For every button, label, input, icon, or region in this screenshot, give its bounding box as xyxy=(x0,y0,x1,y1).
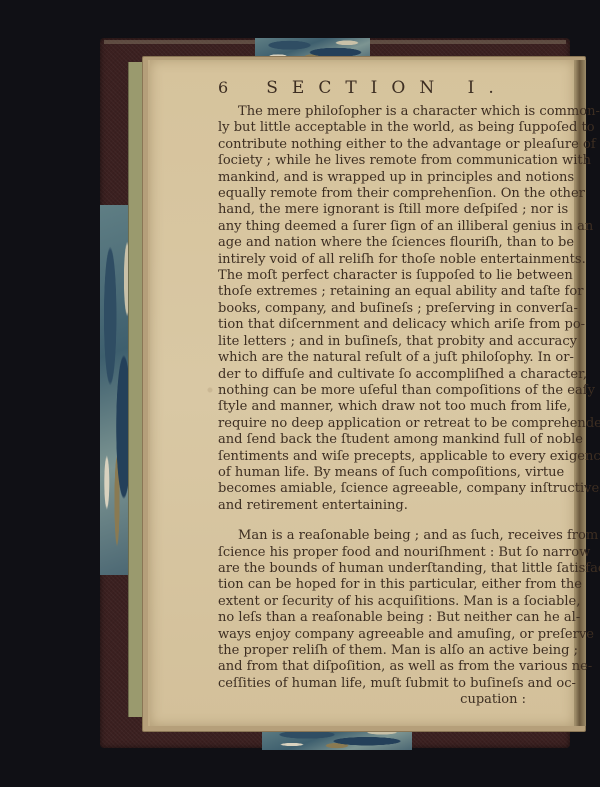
text-line: mankind, and is wrapped up in principles… xyxy=(218,170,526,186)
section-title: SECTION I. xyxy=(258,78,526,98)
page-text-block: 6 SECTION I. The mere philoſopher is a c… xyxy=(218,78,526,709)
text-line: ly but little acceptable in the world, a… xyxy=(218,120,526,136)
text-line: The moſt perfect character is ſuppoſed t… xyxy=(218,268,526,284)
text-line: the proper reliſh of them. Man is alſo a… xyxy=(218,643,526,659)
paragraph-2: Man is a reaſonable being ; and as ſuch,… xyxy=(218,528,526,692)
text-line: ways enjoy company agreeable and amuſing… xyxy=(218,627,526,643)
text-line: ceſſities of human life, muſt ſubmit to … xyxy=(218,676,526,692)
text-line: extent or ſecurity of his acquiſitions. … xyxy=(218,594,526,610)
text-line: and ſend back the ſtudent among mankind … xyxy=(218,432,526,448)
text-line: any thing deemed a ſurer ſign of an illi… xyxy=(218,219,526,235)
text-line: require no deep application or retreat t… xyxy=(218,416,526,432)
paragraph-gap xyxy=(218,514,526,528)
text-line: which are the natural reſult of a juſt p… xyxy=(218,350,526,366)
text-line: age and nation where the ſciences flouri… xyxy=(218,235,526,251)
text-line: ſtyle and manner, which draw not too muc… xyxy=(218,399,526,415)
catchword: cupation : xyxy=(218,692,526,708)
text-line: becomes amiable, ſcience agreeable, comp… xyxy=(218,481,526,497)
text-line: ſcience his proper food and nouriſhment … xyxy=(218,545,526,561)
text-line: of human life. By means of ſuch compoſit… xyxy=(218,465,526,481)
text-line: are the bounds of human underſtanding, t… xyxy=(218,561,526,577)
page-number: 6 xyxy=(218,78,258,97)
text-line: The mere philoſopher is a character whic… xyxy=(218,104,526,120)
text-line: hand, the mere ignorant is ſtill more de… xyxy=(218,202,526,218)
text-line: books, company, and buſineſs ; preſervin… xyxy=(218,301,526,317)
text-line: der to diffuſe and cultivate ſo accompli… xyxy=(218,367,526,383)
text-line: no leſs than a reaſonable being : But ne… xyxy=(218,610,526,626)
running-head: 6 SECTION I. xyxy=(218,78,526,104)
text-line: intirely void of all reliſh for thoſe no… xyxy=(218,252,526,268)
book-photo: 6 SECTION I. The mere philoſopher is a c… xyxy=(0,0,600,787)
text-line: equally remote from their comprehenſion.… xyxy=(218,186,526,202)
text-line: contribute nothing either to the advanta… xyxy=(218,137,526,153)
text-line: thoſe extremes ; retaining an equal abil… xyxy=(218,284,526,300)
text-line: Man is a reaſonable being ; and as ſuch,… xyxy=(218,528,526,544)
text-line: and from that diſpoſition, as well as fr… xyxy=(218,659,526,675)
text-line: ſentiments and wiſe precepts, applicable… xyxy=(218,449,526,465)
paragraph-1: The mere philoſopher is a character whic… xyxy=(218,104,526,514)
book-page: 6 SECTION I. The mere philoſopher is a c… xyxy=(148,60,574,726)
text-line: nothing can be more uſeful than compoſit… xyxy=(218,383,526,399)
text-line: ſociety ; while he lives remote from com… xyxy=(218,153,526,169)
text-line: and retirement entertaining. xyxy=(218,498,526,514)
text-line: lite letters ; and in buſineſs, that pro… xyxy=(218,334,526,350)
text-line: tion can be hoped for in this particular… xyxy=(218,577,526,593)
text-line: tion that diſcernment and delicacy which… xyxy=(218,317,526,333)
